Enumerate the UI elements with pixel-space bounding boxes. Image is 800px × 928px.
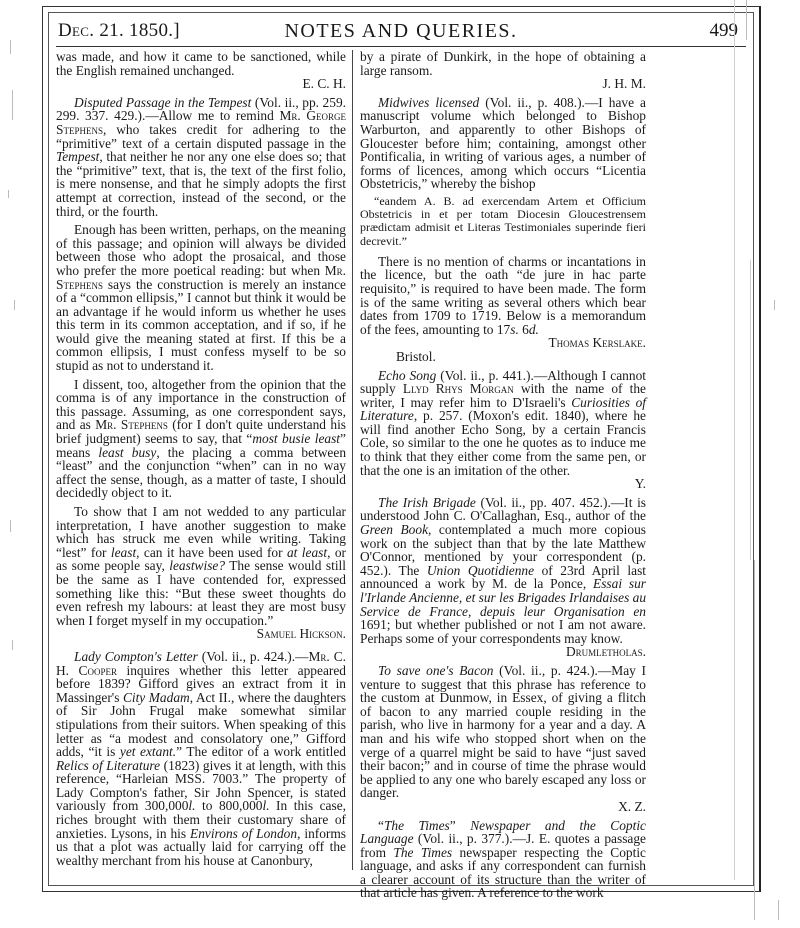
paragraph-text: says the construction is merely an insta… [56, 277, 346, 374]
paragraph-text: 6 [519, 322, 529, 337]
paragraph-dissent: I dissent, too, altogether from the opin… [56, 378, 346, 500]
article-irish-brigade: The Irish Brigade (Vol. ii., pp. 407. 45… [360, 496, 646, 659]
article-save-bacon: To save one's Bacon (Vol. ii., p. 424.).… [360, 664, 646, 814]
signature: Samuel Hickson. [56, 627, 346, 641]
article-midwives-licensed: Midwives licensed (Vol. ii., p. 408.).—I… [360, 96, 646, 191]
paragraph-text: (Vol. ii., p. 408.).—I have a manuscript… [360, 95, 646, 192]
column-divider [352, 50, 353, 870]
paragraph-text: was made, and how it came to be sanction… [56, 49, 346, 78]
signature: Thomas Kerslake. [360, 336, 646, 350]
header-rule [56, 46, 746, 47]
signature: J. H. M. [360, 77, 646, 91]
paragraph-charms: There is no mention of charms or incanta… [360, 255, 646, 364]
journal-title: NOTES AND QUERIES. [56, 20, 746, 43]
left-column: was made, and how it came to be sanction… [56, 50, 346, 867]
article-echo-song: Echo Song (Vol. ii., p. 441.).—Although … [360, 369, 646, 491]
article-continuation: was made, and how it came to be sanction… [56, 50, 346, 91]
page-header: Dec. 21. 1850.] NOTES AND QUERIES. 499 [56, 18, 746, 48]
right-column: by a pirate of Dunkirk, in the hope of o… [360, 50, 646, 900]
article-disputed-passage: Disputed Passage in the Tempest (Vol. ii… [56, 96, 346, 218]
scan-left-margin-marks [4, 0, 34, 928]
paragraph-show: To show that I am not wedded to any part… [56, 505, 346, 641]
paragraph-text: (Vol. ii., p. 424.).—May I venture to su… [360, 663, 646, 800]
latin-quotation: “eandem A. B. ad exercendam Artem et Off… [360, 195, 646, 248]
article-times-coptic: “The Times” Newspaper and the Coptic Lan… [360, 819, 646, 901]
signature: Y. [360, 477, 646, 491]
italic-text: d. [529, 322, 539, 337]
paragraph-text: , that neither he nor any one else does … [56, 149, 346, 218]
paragraph-text: Enough has been written, perhaps, on the… [56, 222, 346, 278]
signature: E. C. H. [56, 77, 346, 91]
signature: Drumletholas. [360, 645, 646, 659]
paragraph-text: 1691; but whether published or not I am … [360, 617, 646, 646]
article-lady-compton: Lady Compton's Letter (Vol. ii., p. 424.… [56, 650, 346, 868]
paragraph-text: by a pirate of Dunkirk, in the hope of o… [360, 49, 646, 78]
scan-right-margin-marks [720, 0, 790, 928]
article-continuation: by a pirate of Dunkirk, in the hope of o… [360, 50, 646, 91]
signature: X. Z. [360, 800, 646, 814]
italic-text: s. [510, 322, 519, 337]
place-name: Bristol. [360, 350, 646, 364]
paragraph-text: There is no mention of charms or incanta… [360, 254, 646, 337]
paragraph-enough: Enough has been written, perhaps, on the… [56, 223, 346, 373]
